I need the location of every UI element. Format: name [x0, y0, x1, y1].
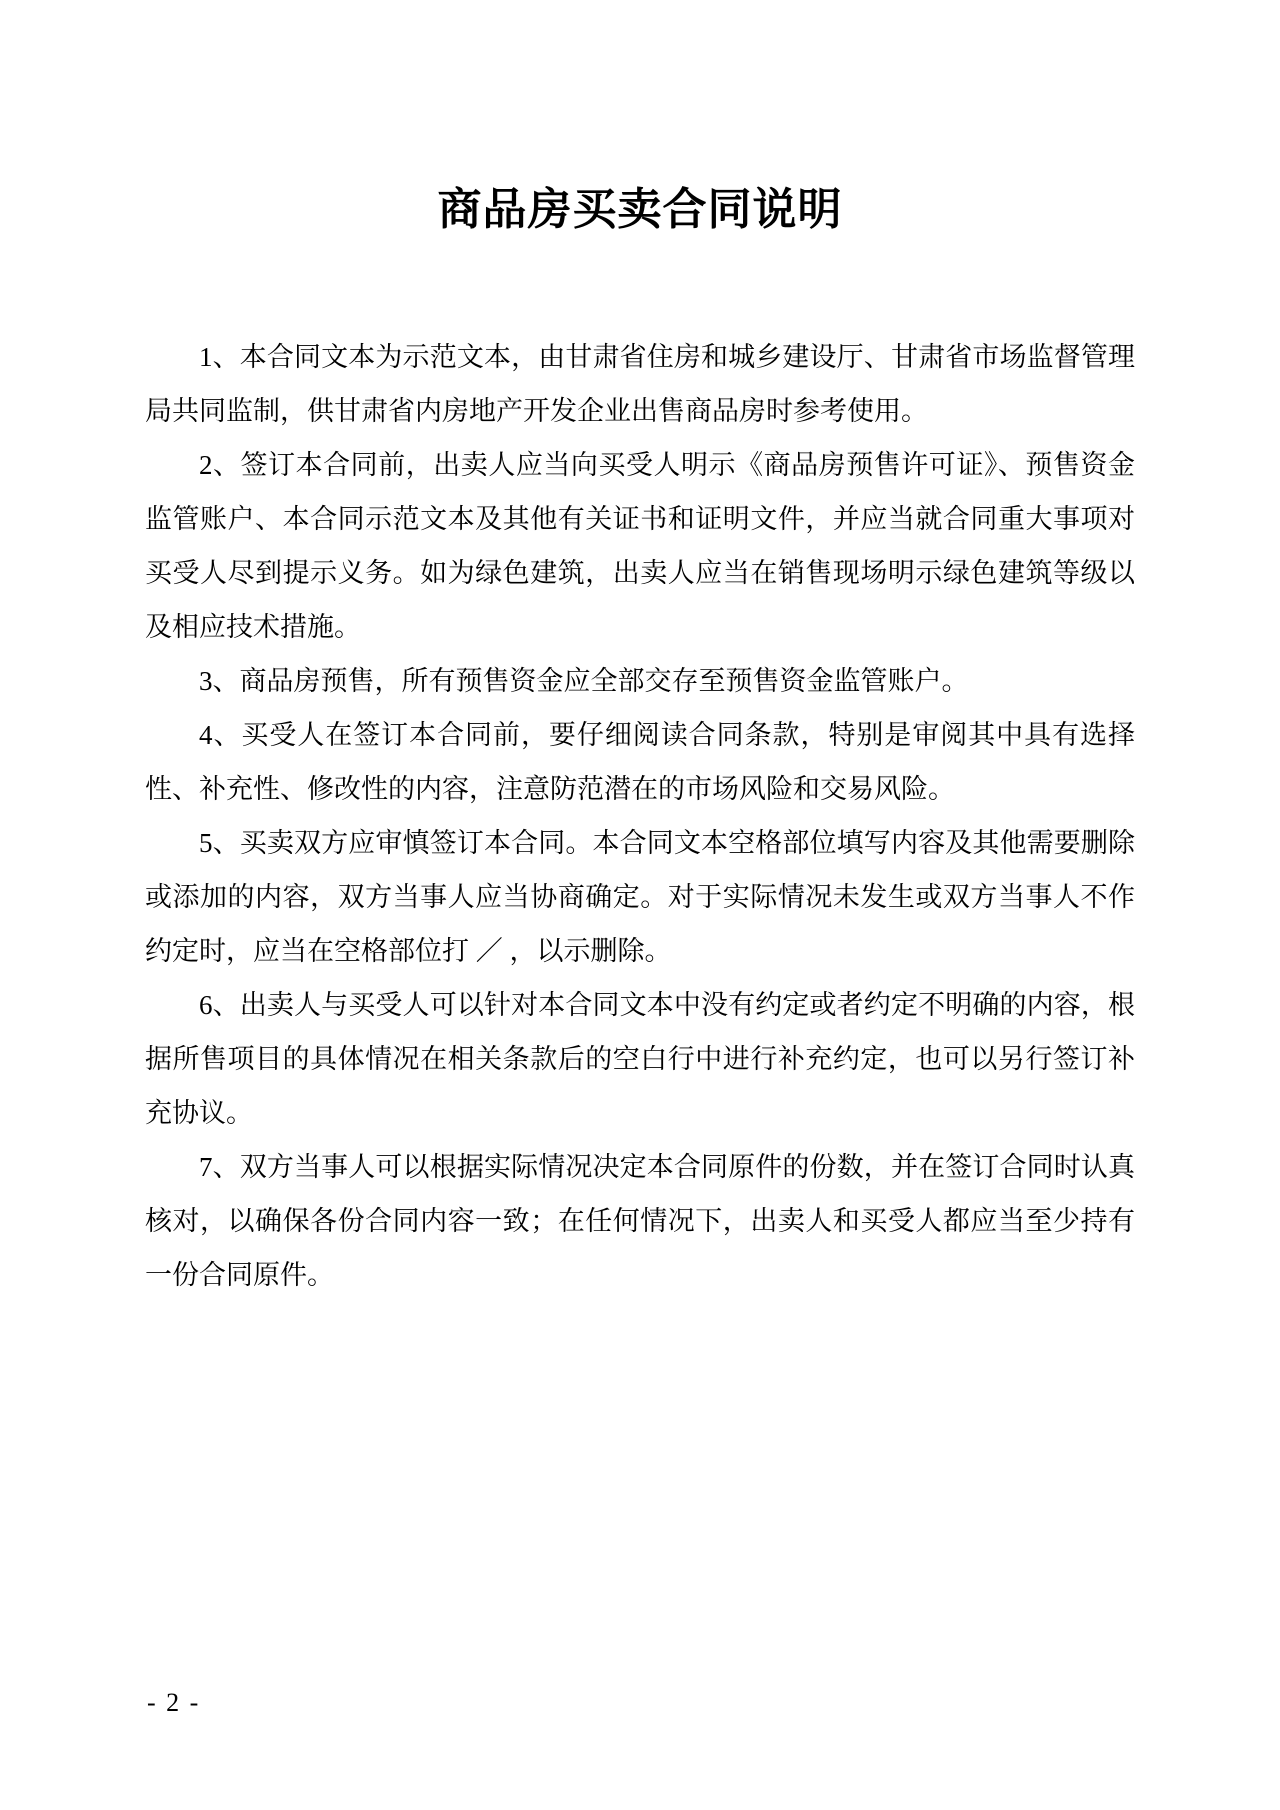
document-page: 商品房买卖合同说明 1、本合同文本为示范文本，由甘肃省住房和城乡建设厅、甘肃省市… — [0, 0, 1280, 1810]
paragraph-5: 5、买卖双方应审慎签订本合同。本合同文本空格部位填写内容及其他需要删除或添加的内… — [145, 816, 1135, 978]
paragraph-4: 4、买受人在签订本合同前，要仔细阅读合同条款，特别是审阅其中具有选择性、补充性、… — [145, 708, 1135, 816]
document-body: 1、本合同文本为示范文本，由甘肃省住房和城乡建设厅、甘肃省市场监督管理局共同监制… — [145, 330, 1135, 1302]
paragraph-1: 1、本合同文本为示范文本，由甘肃省住房和城乡建设厅、甘肃省市场监督管理局共同监制… — [145, 330, 1135, 438]
paragraph-6: 6、出卖人与买受人可以针对本合同文本中没有约定或者约定不明确的内容，根据所售项目… — [145, 978, 1135, 1140]
paragraph-2: 2、签订本合同前，出卖人应当向买受人明示《商品房预售许可证》、预售资金监管账户、… — [145, 438, 1135, 654]
paragraph-3: 3、商品房预售，所有预售资金应全部交存至预售资金监管账户。 — [145, 654, 1135, 708]
document-title: 商品房买卖合同说明 — [0, 184, 1280, 237]
paragraph-7: 7、双方当事人可以根据实际情况决定本合同原件的份数，并在签订合同时认真核对，以确… — [145, 1140, 1135, 1302]
page-number: - 2 - — [147, 1688, 200, 1718]
